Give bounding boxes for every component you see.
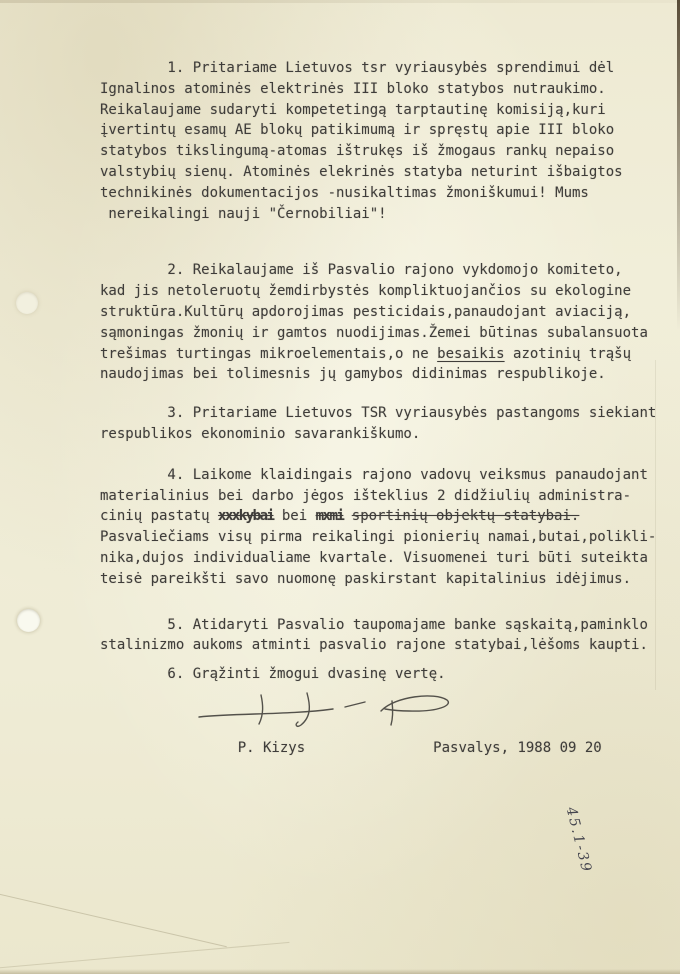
text-line: 2. Reikalaujame iš Pasvalio rajono vykdo… (100, 260, 672, 281)
scan-edge-bottom (0, 969, 680, 974)
place-and-date: Pasvalys, 1988 09 20 (433, 740, 602, 756)
text-line: Ignalinos atominės elektrinės III bloko … (100, 79, 672, 100)
text-line: 4. Laikome klaidingais rajono vadovų vei… (100, 465, 672, 486)
text-line: valstybių sienų. Atominės elekrinės stat… (100, 162, 672, 183)
text-line: Reikalaujame sudaryti kompetetingą tarpt… (100, 100, 672, 121)
text-line: stalinizmo aukoms atminti pasvalio rajon… (100, 635, 672, 656)
text-line: respublikos ekonominio savarankiškumo. (100, 424, 672, 445)
text-line: 3. Pritariame Lietuvos TSR vyriausybės p… (100, 403, 672, 424)
text-line: Pasvaliečiams visų pirma reikalingi pion… (100, 527, 672, 548)
paragraph-6: 6. Grąžinti žmogui dvasinę vertę. (100, 664, 672, 685)
paragraph-4: 4. Laikome klaidingais rajono vadovų vei… (100, 465, 672, 590)
scan-edge-top (0, 0, 680, 3)
paragraph-1: 1. Pritariame Lietuvos tsr vyriausybės s… (100, 58, 672, 224)
signature-line: P. KizysPasvalys, 1988 09 20 (100, 724, 600, 772)
text-line: kad jis netoleruotų žemdirbystės komplik… (100, 281, 672, 302)
text-line: cinių pastatų xxxkybai bei mxmi sportini… (100, 506, 672, 527)
paragraph-3: 3. Pritariame Lietuvos TSR vyriausybės p… (100, 403, 672, 445)
text-line: statybos tikslingumą-atomas ištrukęs iš … (100, 141, 672, 162)
text-line: trešimas turtingas mikroelementais,o ne … (100, 344, 672, 365)
paragraph-2: 2. Reikalaujame iš Pasvalio rajono vykdo… (100, 260, 672, 385)
text-line: naudojimas bei tolimesnis jų gamybos did… (100, 364, 672, 385)
text-line: 6. Grąžinti žmogui dvasinę vertę. (100, 664, 672, 685)
text-line: 5. Atidaryti Pasvalio taupomajame banke … (100, 615, 672, 636)
paper-crease (0, 942, 289, 969)
scanned-document-page: 1. Pritariame Lietuvos tsr vyriausybės s… (0, 0, 680, 974)
typewritten-text: 1. Pritariame Lietuvos tsr vyriausybės s… (100, 58, 672, 685)
hole-punch-bottom (17, 609, 40, 632)
text-line: materialinius bei darbo jėgos išteklius … (100, 486, 672, 507)
paper-crease (0, 888, 227, 947)
text-line: struktūra.Kultūrų apdorojimas pesticidai… (100, 302, 672, 323)
signer-name: P. Kizys (238, 740, 305, 756)
text-line: technikinės dokumentacijos -nusikaltimas… (100, 183, 672, 204)
text-line: teisė pareikšti savo nuomonę paskirstant… (100, 569, 672, 590)
handwritten-archive-number: 45.1-39 (563, 805, 602, 902)
paragraph-5: 5. Atidaryti Pasvalio taupomajame banke … (100, 615, 672, 657)
text-line: nika,dujos individualiame kvartale. Visu… (100, 548, 672, 569)
text-line: įvertintų esamų AE blokų patikimumą ir s… (100, 120, 672, 141)
hole-punch-top (16, 292, 38, 314)
text-line: sąmoningas žmonių ir gamtos nuodijimas.Ž… (100, 323, 672, 344)
text-line: 1. Pritariame Lietuvos tsr vyriausybės s… (100, 58, 672, 79)
text-line: nereikalingi nauji "Černobiliai"! (100, 204, 672, 225)
